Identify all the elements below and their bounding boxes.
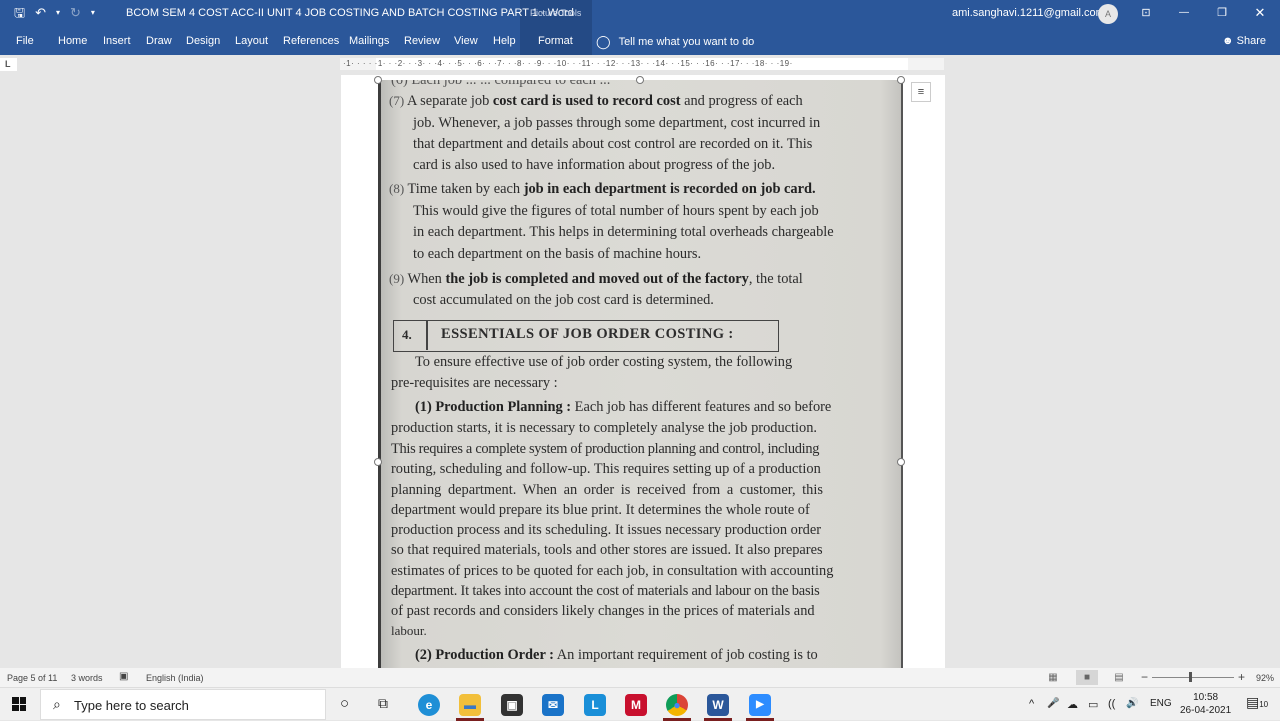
web-layout-icon[interactable]: ▤ bbox=[1108, 670, 1130, 685]
resize-handle-top-left[interactable] bbox=[374, 76, 382, 84]
tab-mailings[interactable]: Mailings bbox=[349, 35, 389, 47]
close-button[interactable]: ✕ bbox=[1250, 4, 1270, 22]
title-bar: 🖫 ↶ ▾ ↻ ▾ BCOM SEM 4 COST ACC-II UNIT 4 … bbox=[0, 0, 1280, 28]
point-9-line-1: (9) When the job is completed and moved … bbox=[389, 271, 803, 288]
intro-line-1: To ensure effective use of job order cos… bbox=[415, 354, 792, 371]
section-number: 4. bbox=[402, 327, 412, 343]
language[interactable]: English (India) bbox=[146, 673, 204, 683]
person-icon: ☻ bbox=[1222, 35, 1234, 47]
zoom-app-icon[interactable]: ▶ bbox=[749, 694, 771, 716]
minimize-button[interactable]: — bbox=[1174, 4, 1194, 22]
section-heading: ESSENTIALS OF JOB ORDER COSTING : bbox=[441, 326, 734, 343]
lightbulb-icon: ◯ bbox=[596, 34, 611, 50]
restore-button[interactable]: ❐ bbox=[1212, 4, 1232, 22]
quick-access-toolbar: 🖫 ↶ ▾ ↻ ▾ bbox=[14, 6, 95, 20]
search-placeholder: Type here to search bbox=[74, 698, 189, 713]
wifi-icon[interactable]: (( bbox=[1108, 698, 1115, 710]
production-planning-line-6: department would prepare its blue print.… bbox=[391, 502, 810, 519]
windows-start-icon[interactable] bbox=[12, 697, 26, 711]
ruler-ticks: ·1· · · · ·1· · ·2· · ·3· · ·4· · ·5· · … bbox=[340, 58, 944, 70]
share-label: Share bbox=[1237, 35, 1266, 47]
customize-qat-icon[interactable]: ▾ bbox=[91, 6, 95, 20]
cortana-icon[interactable]: ○ bbox=[340, 695, 349, 712]
zoom-slider[interactable] bbox=[1152, 677, 1234, 678]
point-8-line-1: (8) Time taken by each job in each depar… bbox=[389, 181, 816, 198]
resize-handle-middle-left[interactable] bbox=[374, 458, 382, 466]
windows-taskbar: ⌕ Type here to search ○ ⧉ e ▬ ▣ ✉ L M ● … bbox=[0, 687, 1280, 720]
save-icon[interactable]: 🖫 bbox=[14, 6, 25, 20]
point-7-line-4: card is also used to have information ab… bbox=[413, 157, 775, 174]
section-heading-box: 4. ESSENTIALS OF JOB ORDER COSTING : bbox=[393, 320, 779, 352]
picture-tools-label: Picture Tools bbox=[530, 8, 581, 18]
ribbon-tabs: File Home Insert Draw Design Layout Refe… bbox=[0, 28, 1280, 55]
resize-handle-top-center[interactable] bbox=[636, 76, 644, 84]
production-planning-line-2: production starts, it is necessary to co… bbox=[391, 420, 817, 437]
show-hidden-icons-icon[interactable]: ^ bbox=[1029, 698, 1034, 710]
tab-help[interactable]: Help bbox=[493, 35, 516, 47]
point-8-line-2: This would give the figures of total num… bbox=[413, 203, 819, 220]
word-count[interactable]: 3 words bbox=[71, 673, 103, 683]
mail-icon[interactable]: ✉ bbox=[542, 694, 564, 716]
tab-selector[interactable]: L bbox=[0, 58, 17, 71]
proofing-icon[interactable]: ▣ bbox=[119, 671, 128, 682]
tell-me-label: Tell me what you want to do bbox=[619, 36, 755, 48]
onedrive-icon[interactable]: ☁ bbox=[1067, 698, 1078, 711]
tab-review[interactable]: Review bbox=[404, 35, 440, 47]
tab-draw[interactable]: Draw bbox=[146, 35, 172, 47]
zoom-slider-thumb[interactable] bbox=[1189, 672, 1192, 682]
production-planning-line-10: department. It takes into account the co… bbox=[391, 583, 820, 600]
mcafee-icon[interactable]: M bbox=[625, 694, 647, 716]
undo-dropdown-icon[interactable]: ▾ bbox=[56, 6, 60, 20]
point-9-line-2: cost accumulated on the job cost card is… bbox=[413, 292, 714, 309]
cut-off-line: (6) Each job ... ... compared to each ..… bbox=[391, 80, 610, 89]
resize-handle-top-right[interactable] bbox=[897, 76, 905, 84]
layout-options-icon[interactable]: ≡ bbox=[911, 82, 931, 102]
production-planning-line-11: of past records and considers likely cha… bbox=[391, 603, 815, 620]
tab-layout[interactable]: Layout bbox=[235, 35, 268, 47]
action-center-icon[interactable]: ▤10 bbox=[1246, 694, 1268, 711]
production-planning-line-1: (1) Production Planning : Each job has d… bbox=[415, 399, 831, 416]
zoom-in-button[interactable]: + bbox=[1238, 670, 1245, 684]
point-8-line-4: to each department on the basis of machi… bbox=[413, 246, 701, 263]
status-bar: Page 5 of 11 3 words ▣ English (India) ▦… bbox=[0, 668, 1280, 687]
tab-file[interactable]: File bbox=[16, 35, 34, 47]
resize-handle-middle-right[interactable] bbox=[897, 458, 905, 466]
print-layout-icon[interactable]: ■ bbox=[1076, 670, 1098, 685]
point-8-line-3: in each department. This helps in determ… bbox=[413, 224, 834, 241]
point-7-line-1: (7) A separate job cost card is used to … bbox=[389, 93, 803, 110]
avatar[interactable]: A bbox=[1098, 4, 1118, 24]
share-button[interactable]: ☻ Share bbox=[1222, 35, 1266, 47]
ribbon-display-options-icon[interactable]: ⊡ bbox=[1136, 4, 1156, 22]
tell-me-search[interactable]: ◯ Tell me what you want to do bbox=[596, 34, 754, 50]
chrome-icon[interactable]: ● bbox=[666, 694, 688, 716]
point-7-line-3: that department and details about cost c… bbox=[413, 136, 812, 153]
production-planning-line-7: production process and its scheduling. I… bbox=[391, 522, 821, 539]
volume-icon[interactable]: 🔊 bbox=[1126, 698, 1138, 709]
production-planning-line-5: planning department. When an order is re… bbox=[391, 482, 823, 499]
edge-icon[interactable]: e bbox=[418, 694, 440, 716]
file-explorer-icon[interactable]: ▬ bbox=[459, 694, 481, 716]
word-icon[interactable]: W bbox=[707, 694, 729, 716]
redo-icon[interactable]: ↻ bbox=[70, 6, 81, 20]
production-planning-line-4: routing, scheduling and follow-up. This … bbox=[391, 461, 821, 478]
point-7-line-2: job. Whenever, a job passes through some… bbox=[413, 115, 820, 132]
production-planning-line-3: This requires a complete system of produ… bbox=[391, 441, 819, 458]
tab-home[interactable]: Home bbox=[58, 35, 87, 47]
time: 10:58 bbox=[1180, 691, 1231, 704]
task-view-icon[interactable]: ⧉ bbox=[378, 695, 388, 712]
search-icon: ⌕ bbox=[53, 696, 61, 713]
date: 26-04-2021 bbox=[1180, 704, 1231, 717]
microphone-icon[interactable]: 🎤 bbox=[1047, 698, 1059, 709]
clock[interactable]: 10:58 26-04-2021 bbox=[1180, 691, 1231, 717]
account-email[interactable]: ami.sanghavi.1211@gmail.com bbox=[952, 7, 1105, 19]
production-order-line-1: (2) Production Order : An important requ… bbox=[415, 647, 818, 664]
intro-line-2: pre-requisites are necessary : bbox=[391, 375, 558, 392]
l-app-icon[interactable]: L bbox=[584, 694, 606, 716]
zoom-level[interactable]: 92% bbox=[1256, 673, 1274, 683]
tab-design[interactable]: Design bbox=[186, 35, 220, 47]
horizontal-ruler[interactable]: ·1· · · · ·1· · ·2· · ·3· · ·4· · ·5· · … bbox=[340, 58, 944, 70]
undo-icon[interactable]: ↶ bbox=[35, 6, 46, 20]
tab-view[interactable]: View bbox=[454, 35, 478, 47]
battery-icon[interactable]: ▭ bbox=[1088, 698, 1098, 711]
taskbar-search-box[interactable]: ⌕ Type here to search bbox=[40, 689, 326, 720]
zoom-out-button[interactable]: − bbox=[1141, 670, 1148, 684]
input-language[interactable]: ENG bbox=[1150, 698, 1172, 709]
tab-format[interactable]: Format bbox=[538, 35, 573, 47]
read-mode-icon[interactable]: ▦ bbox=[1042, 670, 1064, 685]
production-planning-line-8: so that required materials, tools and ot… bbox=[391, 542, 823, 559]
production-planning-line-9: estimates of prices to be quoted for eac… bbox=[391, 563, 833, 580]
document-workspace: L ·1· · · · ·1· · ·2· · ·3· · ·4· · ·5· … bbox=[0, 55, 1280, 668]
production-planning-line-12: labour. bbox=[391, 623, 427, 639]
page-count[interactable]: Page 5 of 11 bbox=[7, 673, 57, 683]
document-page: (6) Each job ... ... compared to each ..… bbox=[341, 75, 945, 668]
scanned-page-image[interactable]: (6) Each job ... ... compared to each ..… bbox=[378, 80, 903, 670]
tab-insert[interactable]: Insert bbox=[103, 35, 131, 47]
notification-count: 10 bbox=[1259, 700, 1268, 709]
tab-references[interactable]: References bbox=[283, 35, 339, 47]
document-title: BCOM SEM 4 COST ACC-II UNIT 4 JOB COSTIN… bbox=[126, 7, 574, 19]
microsoft-store-icon[interactable]: ▣ bbox=[501, 694, 523, 716]
